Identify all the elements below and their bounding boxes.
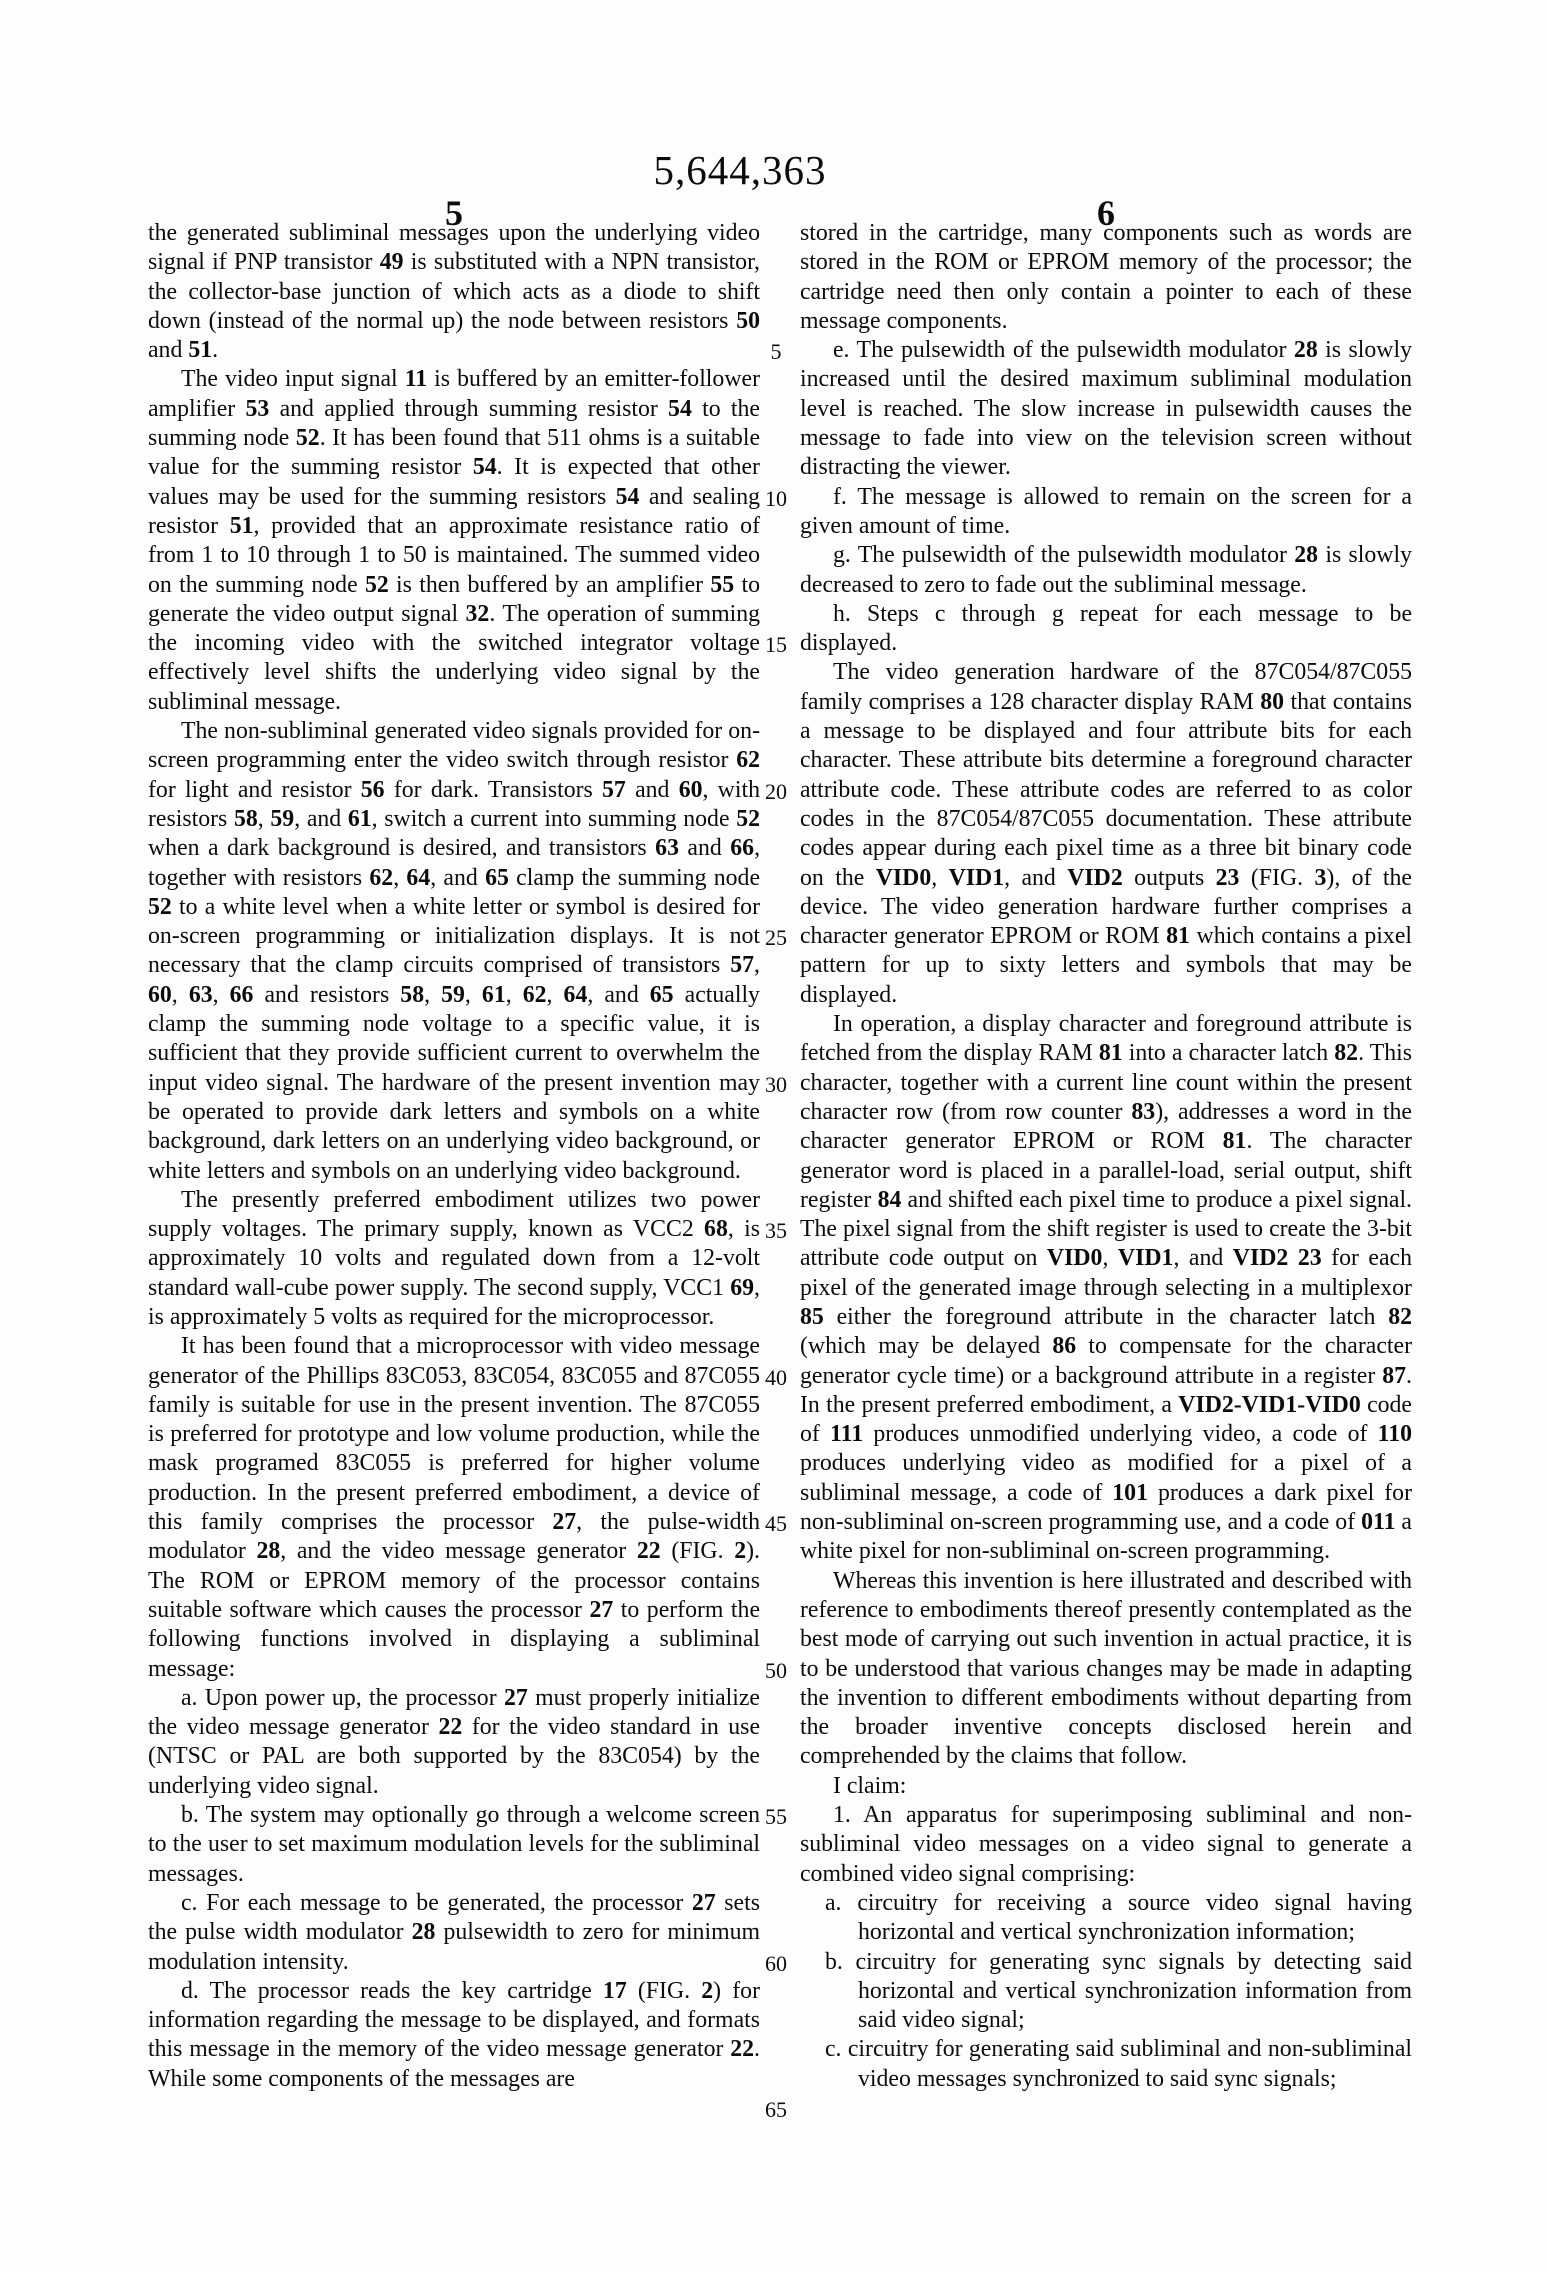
line-number: 50 [752,1658,800,1684]
paragraph: c. circuitry for generating said sublimi… [800,2035,1412,2094]
patent-page: 5,644,363 5 6 the generated subliminal m… [0,0,1547,2272]
patent-number: 5,644,363 [0,146,1480,194]
line-number: 40 [752,1365,800,1391]
paragraph: g. The pulsewidth of the pulsewidth modu… [800,541,1412,600]
paragraph: b. The system may optionally go through … [148,1801,760,1889]
line-number: 60 [752,1951,800,1977]
line-number: 55 [752,1804,800,1830]
paragraph: f. The message is allowed to remain on t… [800,483,1412,542]
paragraph: e. The pulsewidth of the pulsewidth modu… [800,336,1412,482]
line-number: 20 [752,779,800,805]
paragraph: The presently preferred embodiment utili… [148,1186,760,1332]
paragraph: 1. An apparatus for superimposing sublim… [800,1801,1412,1889]
paragraph: a. circuitry for receiving a source vide… [800,1889,1412,1948]
paragraph: The video input signal 11 is buffered by… [148,365,760,717]
paragraph: It has been found that a microprocessor … [148,1332,760,1684]
paragraph: h. Steps c through g repeat for each mes… [800,600,1412,659]
line-number: 25 [752,925,800,951]
paragraph: I claim: [800,1772,1412,1801]
line-number: 5 [752,339,800,365]
paragraph: The non-subliminal generated video signa… [148,717,760,1186]
line-number: 65 [752,2097,800,2123]
paragraph: d. The processor reads the key cartridge… [148,1977,760,2094]
line-number: 30 [752,1072,800,1098]
paragraph: the generated subliminal messages upon t… [148,219,760,365]
paragraph: Whereas this invention is here illustrat… [800,1567,1412,1772]
line-number: 10 [752,486,800,512]
paragraph: b. circuitry for generating sync signals… [800,1948,1412,2036]
line-number: 15 [752,632,800,658]
paragraph: stored in the cartridge, many components… [800,219,1412,336]
line-number: 35 [752,1218,800,1244]
paragraph: c. For each message to be generated, the… [148,1889,760,1977]
column-5-text: the generated subliminal messages upon t… [148,219,760,2094]
paragraph: In operation, a display character and fo… [800,1010,1412,1567]
paragraph: The video generation hardware of the 87C… [800,658,1412,1010]
paragraph: a. Upon power up, the processor 27 must … [148,1684,760,1801]
line-number: 45 [752,1511,800,1537]
column-6-text: stored in the cartridge, many components… [800,219,1412,2094]
